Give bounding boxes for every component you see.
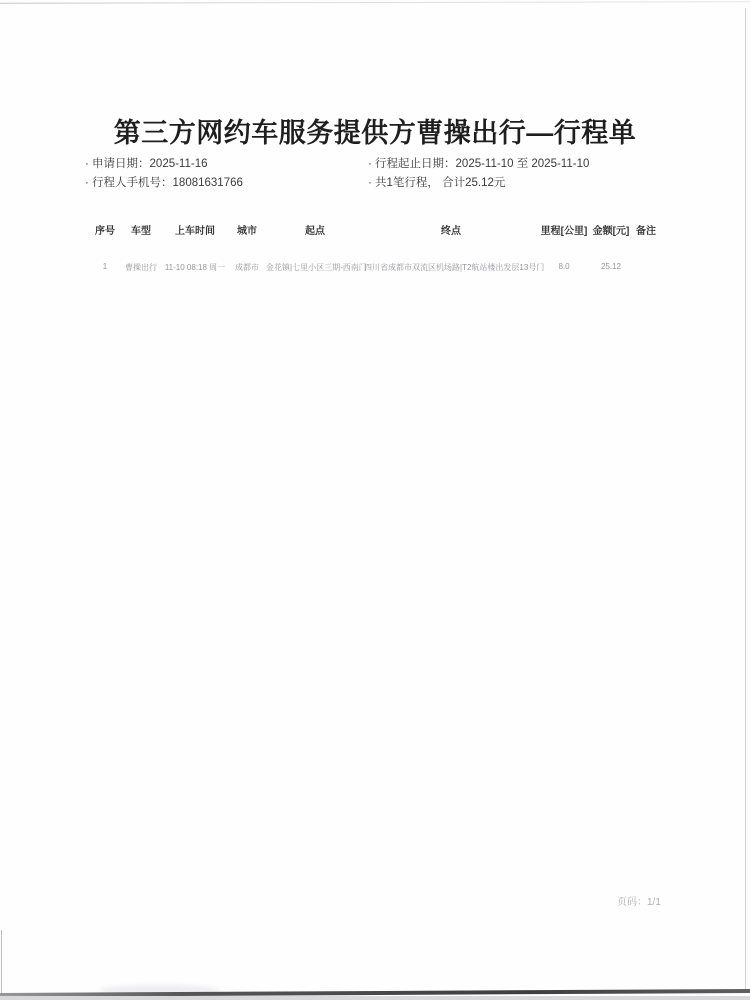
cell-cartype: 曹操出行 bbox=[120, 262, 162, 273]
trip-date-range: · 行程起止日期：2025-11-10 至 2025-11-10 bbox=[368, 155, 589, 171]
table-row: 1 曹操出行 11-10 08:18 周一 成都市 金花镇|七里小区三期-西南门… bbox=[90, 262, 660, 273]
cell-city: 成都市 bbox=[228, 262, 266, 273]
cell-destination: 四川省成都市双流区机场路|T2航站楼出发层13号门 bbox=[364, 262, 538, 273]
column-header-cartype: 车型 bbox=[120, 222, 162, 237]
meta-section: · 申请日期：2025-11-16 · 行程起止日期：2025-11-10 至 … bbox=[85, 155, 705, 195]
scan-bottom-margin bbox=[0, 996, 750, 1000]
trip-summary: · 共1笔行程， 合计25.12元 bbox=[368, 174, 505, 190]
scan-top-edge bbox=[0, 1, 750, 4]
passenger-phone: · 行程人手机号：18081631766 bbox=[85, 174, 243, 190]
scan-left-edge bbox=[1, 930, 2, 996]
table-header-row: 序号 车型 上车时间 城市 起点 终点 里程[公里] 金额[元] 备注 bbox=[90, 222, 660, 237]
cell-pickup-time: 11-10 08:18 周一 bbox=[162, 262, 228, 273]
cell-remark bbox=[632, 262, 660, 273]
cell-seq: 1 bbox=[90, 262, 120, 273]
apply-date: · 申请日期：2025-11-16 bbox=[85, 155, 208, 171]
page-title: 第三方网约车服务提供方曹操出行—行程单 bbox=[0, 111, 750, 150]
column-header-city: 城市 bbox=[228, 222, 266, 237]
column-header-origin: 起点 bbox=[266, 222, 364, 237]
column-header-amount: 金额[元] bbox=[590, 222, 632, 237]
page-number: 页码：1/1 bbox=[617, 893, 661, 908]
cell-amount: 25.12 bbox=[590, 262, 632, 273]
column-header-pickup-time: 上车时间 bbox=[162, 222, 228, 237]
column-header-remark: 备注 bbox=[632, 222, 660, 237]
column-header-mileage: 里程[公里] bbox=[538, 222, 590, 237]
scan-right-edge bbox=[745, 8, 746, 990]
scanned-itinerary-page: 第三方网约车服务提供方曹操出行—行程单 · 申请日期：2025-11-16 · … bbox=[0, 0, 750, 1000]
column-header-destination: 终点 bbox=[364, 222, 538, 237]
cell-origin: 金花镇|七里小区三期-西南门 bbox=[266, 262, 364, 273]
cell-mileage: 8.0 bbox=[538, 262, 590, 273]
column-header-seq: 序号 bbox=[90, 222, 120, 237]
